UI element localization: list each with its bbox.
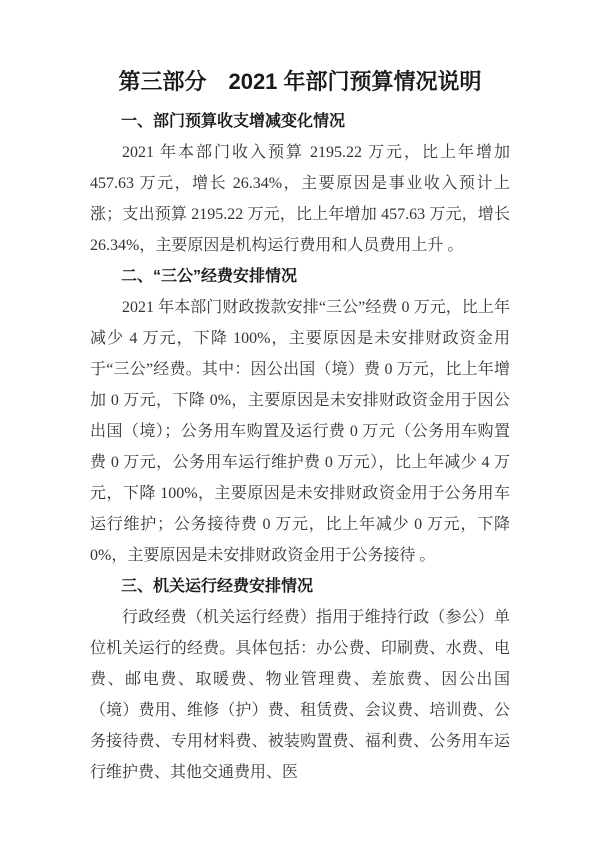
document-title: 第三部分 2021 年部门预算情况说明 [90, 64, 510, 100]
paragraph-budget-changes: 2021 年本部门收入预算 2195.22 万元，比上年增加 457.63 万元… [90, 137, 510, 261]
section-heading-operating-expenses: 三、机关运行经费安排情况 [90, 571, 510, 602]
document-content: 第三部分 2021 年部门预算情况说明 一、部门预算收支增减变化情况 2021 … [0, 0, 600, 788]
paragraph-operating-expenses: 行政经费（机关运行经费）指用于维持行政（参公）单位机关运行的经费。具体包括：办公… [90, 602, 510, 788]
document-page: 第三部分 2021 年部门预算情况说明 一、部门预算收支增减变化情况 2021 … [0, 0, 600, 849]
section-heading-three-public-funds: 二、“三公”经费安排情况 [90, 261, 510, 292]
section-heading-budget-changes: 一、部门预算收支增减变化情况 [90, 106, 510, 137]
paragraph-three-public-funds: 2021 年本部门财政拨款安排“三公”经费 0 万元，比上年减少 4 万元，下降… [90, 292, 510, 571]
